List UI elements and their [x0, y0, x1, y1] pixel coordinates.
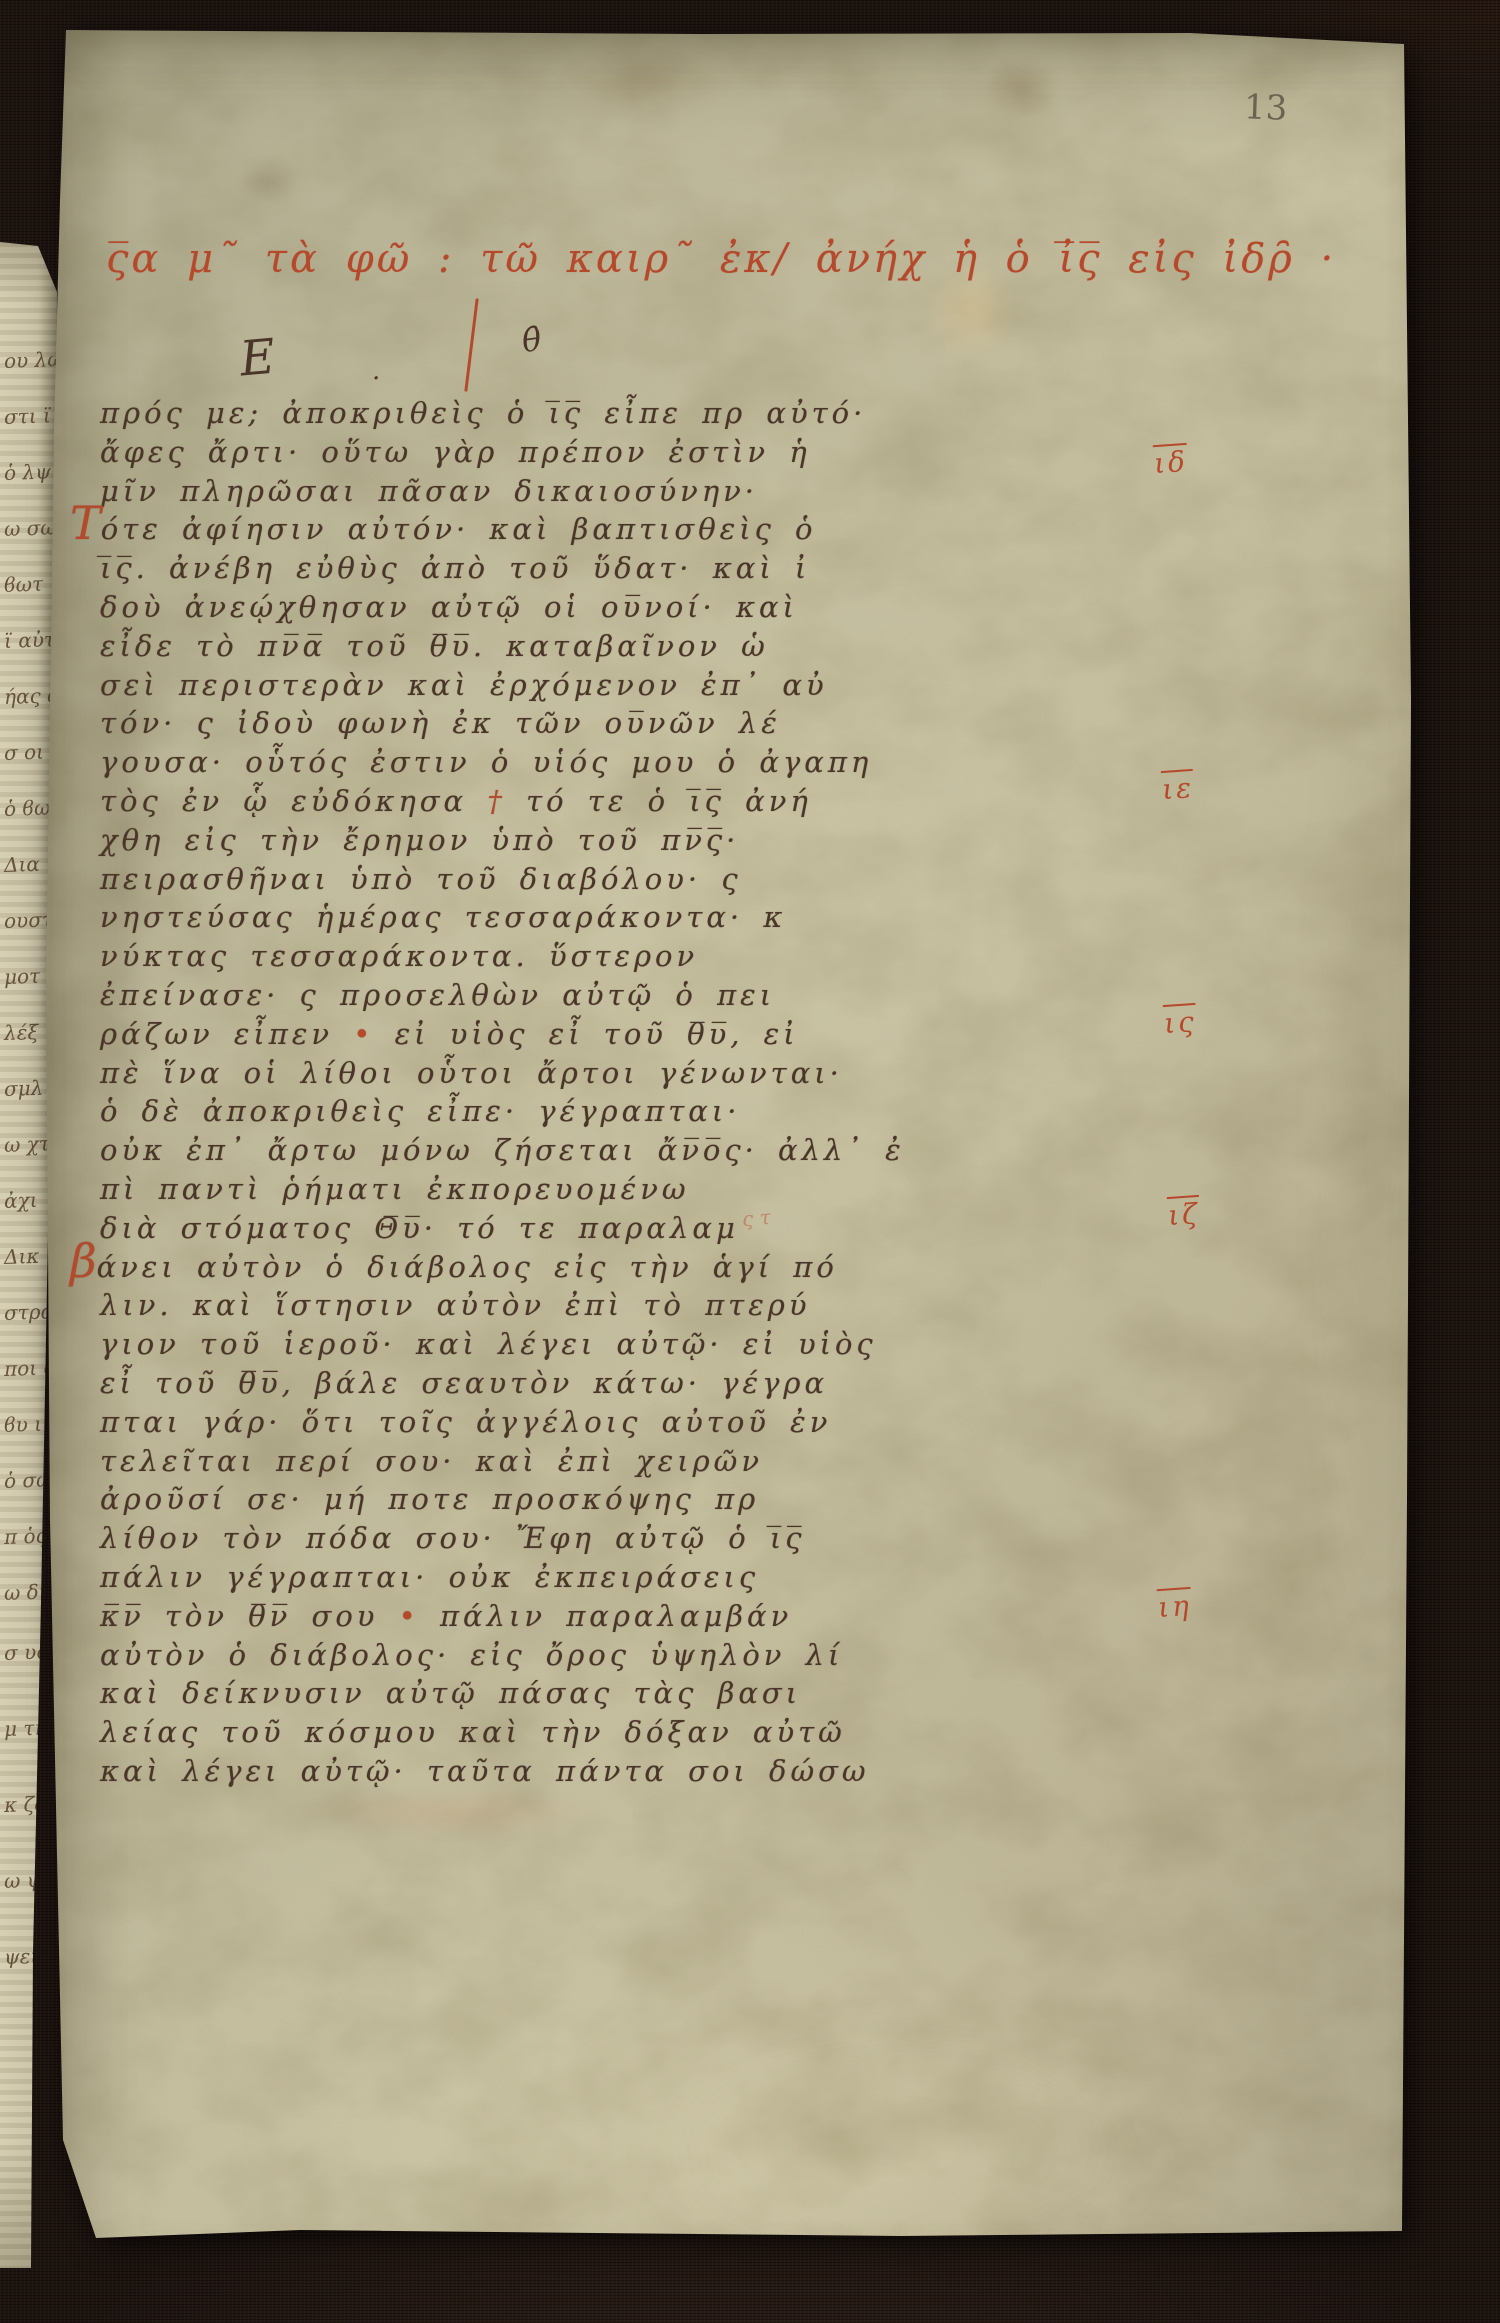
ink-text: ἄφες ἄρτι· οὕτω γὰρ πρέπον ἐστὶν ἡ — [100, 435, 811, 469]
eusebian-section-number: ις — [1163, 1005, 1198, 1040]
text-line: εἶδε τὸ πν̅α̅ τοῦ θ̅υ̅. καταβαῖνον ὡ — [100, 629, 769, 668]
red-mark: • — [333, 1017, 395, 1051]
ink-text: ἐπείνασε· ς προσελθὼν αὐτῷ ὁ πει — [100, 978, 775, 1012]
marginal-mark: ς τ — [741, 1207, 771, 1229]
ink-text: τελεῖται περί σου· καὶ ἐπὶ χειρῶν — [100, 1444, 763, 1478]
text-line: Τότε ἀφίησιν αὐτόν· καὶ βαπτισθεὶς ὁ — [100, 512, 817, 551]
ink-text: λιν. καὶ ἵστησιν αὐτὸν ἐπὶ τὸ πτερύ — [100, 1288, 810, 1322]
text-line: ι̅ς̅. ἀνέβη εὐθὺς ἀπὸ τοῦ ὕδατ· καὶ ἰ — [100, 551, 810, 590]
text-line: ἀροῦσί σε· μή ποτε προσκόψης πρ — [100, 1482, 759, 1521]
text-line: τόν· ς ἰδοὺ φωνὴ ἐκ τῶν ου̅νῶν λέ — [100, 706, 781, 745]
ink-text: εἰ υἱὸς εἶ τοῦ θ̅υ̅, εἰ — [395, 1017, 799, 1051]
marginal-mark: Ε — [238, 333, 277, 384]
text-line: τελεῖται περί σου· καὶ ἐπὶ χειρῶν — [100, 1444, 763, 1483]
ink-text: αὐτὸν ὁ διάβολος· εἰς ὄρος ὑψηλὸν λί — [100, 1638, 843, 1672]
ink-text: πάλιν παραλαμβάν — [440, 1599, 792, 1633]
text-line: βάνει αὐτὸν ὁ διάβολος εἰς τὴν ἁγί πό — [100, 1250, 838, 1289]
marginal-mark: · — [372, 366, 380, 392]
text-line: ράζων εἶπεν • εἰ υἱὸς εἶ τοῦ θ̅υ̅, εἰ — [100, 1017, 799, 1056]
text-line: γουσα· οὗτός ἐστιν ὁ υἱός μου ὁ ἀγαπη — [100, 745, 872, 784]
ink-text: μῖν πληρῶσαι πᾶσαν δικαιοσύνην· — [100, 474, 758, 508]
text-line: πὲ ἵνα οἱ λίθοι οὗτοι ἄρτοι γένωνται· — [100, 1056, 843, 1095]
red-mark: † — [487, 784, 526, 818]
text-line: σεὶ περιστερὰν καὶ ἐρχόμενον ἐπ᾽ αὐ — [100, 668, 828, 707]
page-leaf-wrap: ς̅α μ῀ τὰ φῶ : τῶ καιρ῀ ἐκ/ ἀνήχ ἡ ὁ ἰ̅ς… — [0, 0, 1500, 2323]
eusebian-section-number: ιη — [1157, 1589, 1193, 1624]
ink-text: χθη εἰς τὴν ἔρημον ὑπὸ τοῦ πν̅ς̅· — [100, 823, 739, 857]
ink-text: ράζων εἶπεν — [100, 1017, 333, 1051]
red-mark: • — [399, 1599, 440, 1633]
ink-text: ότε ἀφίησιν αὐτόν· καὶ βαπτισθεὶς ὁ — [101, 512, 817, 546]
text-line: ἄφες ἄρτι· οὕτω γὰρ πρέπον ἐστὶν ἡ — [100, 435, 811, 474]
ink-text: εἶ τοῦ θ̅υ̅, βάλε σεαυτὸν κάτω· γέγρα — [100, 1366, 828, 1400]
ink-text: λείας τοῦ κόσμου καὶ τὴν δόξαν αὐτῶ — [100, 1715, 846, 1749]
ink-text: δοὺ ἀνεῴχθησαν αὐτῷ οἱ ου̅νοί· καὶ — [100, 590, 798, 624]
text-line: πὶ παντὶ ῥήματι ἐκπορευομένω — [100, 1172, 690, 1211]
text-line: πειρασθῆναι ὑπὸ τοῦ διαβόλου· ς — [100, 862, 742, 901]
text-line: δοὺ ἀνεῴχθησαν αὐτῷ οἱ ου̅νοί· καὶ — [100, 590, 798, 629]
ink-text: ι̅ς̅. ἀνέβη εὐθὺς ἀπὸ τοῦ ὕδατ· καὶ ἰ — [100, 551, 810, 585]
text-line: διὰ στόματος Θ̅υ̅· τό τε παραλαμ — [100, 1211, 739, 1250]
ink-text: κ̅ν̅ τὸν θ̅ν̅ σου — [100, 1599, 399, 1633]
text-line: νύκτας τεσσαράκοντα. ὕστερον — [100, 939, 698, 978]
ink-text: διὰ στόματος Θ̅υ̅· τό τε παραλαμ — [100, 1211, 739, 1245]
ink-text: πὲ ἵνα οἱ λίθοι οὗτοι ἄρτοι γένωνται· — [100, 1056, 843, 1090]
ink-text: νύκτας τεσσαράκοντα. ὕστερον — [100, 939, 698, 973]
manuscript-photo: ου λω̑στι ϊὁ λψω σω ἱϐωτϊ αὐτήας ωσ οι ε… — [0, 0, 1500, 2323]
text-line: μῖν πληρῶσαι πᾶσαν δικαιοσύνην· — [100, 474, 758, 513]
text-line: λείας τοῦ κόσμου καὶ τὴν δόξαν αὐτῶ — [100, 1715, 846, 1754]
folio-number: 13 — [1243, 87, 1288, 128]
text-line: πάλιν γέγραπται· οὐκ ἐκπειράσεις — [100, 1560, 759, 1599]
text-line: καὶ δείκνυσιν αὐτῷ πάσας τὰς βασι — [100, 1676, 801, 1715]
ink-text: τὸς ἐν ᾧ εὐδόκησα — [100, 784, 487, 818]
ink-text: ὁ δὲ ἀποκριθεὶς εἶπε· γέγραπται· — [100, 1094, 740, 1128]
lection-rubric: ς̅α μ῀ τὰ φῶ : τῶ καιρ῀ ἐκ/ ἀνήχ ἡ ὁ ἰ̅ς… — [106, 236, 1336, 282]
text-line: ὁ δὲ ἀποκριθεὶς εἶπε· γέγραπται· — [100, 1094, 740, 1133]
ink-text: πρός με; ἀποκριθεὶς ὁ ι̅ς̅ εἶπε πρ αὐτό· — [100, 396, 866, 430]
ink-text: καὶ λέγει αὐτῷ· ταῦτα πάντα σοι δώσω — [100, 1754, 870, 1788]
text-line: ἐπείνασε· ς προσελθὼν αὐτῷ ὁ πει — [100, 978, 775, 1017]
ink-text: καὶ δείκνυσιν αὐτῷ πάσας τὰς βασι — [100, 1676, 801, 1710]
ink-text: γουσα· οὗτός ἐστιν ὁ υἱός μου ὁ ἀγαπη — [100, 745, 872, 779]
ink-text: οὐκ ἐπ᾽ ἄρτω μόνω ζήσεται ἄν̅ο̅ς· ἀλλ᾽ ἐ — [100, 1133, 905, 1167]
red-initial: β — [70, 1234, 97, 1288]
eusebian-section-number: ιζ — [1167, 1197, 1201, 1232]
text-line: λιν. καὶ ἵστησιν αὐτὸν ἐπὶ τὸ πτερύ — [100, 1288, 810, 1327]
ink-text: πάλιν γέγραπται· οὐκ ἐκπειράσεις — [100, 1560, 759, 1594]
text-line: λίθον τὸν πόδα σου· Ἔφη αὐτῷ ὁ ι̅ς̅ — [100, 1521, 806, 1560]
ink-text: πὶ παντὶ ῥήματι ἐκπορευομένω — [100, 1172, 690, 1206]
ink-text: τόν· ς ἰδοὺ φωνὴ ἐκ τῶν ου̅νῶν λέ — [100, 706, 781, 740]
ink-text: πειρασθῆναι ὑπὸ τοῦ διαβόλου· ς — [100, 862, 742, 896]
ink-text: εἶδε τὸ πν̅α̅ τοῦ θ̅υ̅. καταβαῖνον ὡ — [100, 629, 769, 663]
ink-text: τό τε ὁ ι̅ς̅ ἀνή — [526, 784, 812, 818]
text-line: οὐκ ἐπ᾽ ἄρτω μόνω ζήσεται ἄν̅ο̅ς· ἀλλ᾽ ἐ — [100, 1133, 905, 1172]
eusebian-section-number: ιδ — [1153, 445, 1189, 480]
text-line: κ̅ν̅ τὸν θ̅ν̅ σου • πάλιν παραλαμβάν — [100, 1599, 792, 1638]
ink-text: νηστεύσας ἡμέρας τεσσαράκοντα· κ — [100, 900, 786, 934]
ink-text: πται γάρ· ὅτι τοῖς ἀγγέλοις αὐτοῦ ἐν — [100, 1405, 831, 1439]
text-line: γιον τοῦ ἱεροῦ· καὶ λέγει αὐτῷ· εἰ υἱὸς — [100, 1327, 877, 1366]
eusebian-section-number: ιε — [1161, 771, 1195, 806]
ink-text: ἀροῦσί σε· μή ποτε προσκόψης πρ — [100, 1482, 759, 1516]
text-line: νηστεύσας ἡμέρας τεσσαράκοντα· κ — [100, 900, 786, 939]
parchment-page: ς̅α μ῀ τὰ φῶ : τῶ καιρ῀ ἐκ/ ἀνήχ ἡ ὁ ἰ̅ς… — [0, 0, 1500, 2323]
red-initial: Τ — [70, 496, 101, 550]
text-line: πται γάρ· ὅτι τοῖς ἀγγέλοις αὐτοῦ ἐν — [100, 1405, 831, 1444]
ink-text: γιον τοῦ ἱεροῦ· καὶ λέγει αὐτῷ· εἰ υἱὸς — [100, 1327, 877, 1361]
text-line: εἶ τοῦ θ̅υ̅, βάλε σεαυτὸν κάτω· γέγρα — [100, 1366, 828, 1405]
text-line: τὸς ἐν ᾧ εὐδόκησα † τό τε ὁ ι̅ς̅ ἀνή — [100, 784, 812, 823]
ink-text: σεὶ περιστερὰν καὶ ἐρχόμενον ἐπ᾽ αὐ — [100, 668, 828, 702]
ink-text: άνει αὐτὸν ὁ διάβολος εἰς τὴν ἁγί πό — [97, 1250, 838, 1284]
ink-text: λίθον τὸν πόδα σου· Ἔφη αὐτῷ ὁ ι̅ς̅ — [100, 1521, 806, 1555]
text-line: καὶ λέγει αὐτῷ· ταῦτα πάντα σοι δώσω — [100, 1754, 870, 1793]
text-line: πρός με; ἀποκριθεὶς ὁ ι̅ς̅ εἶπε πρ αὐτό· — [100, 396, 866, 435]
text-line: αὐτὸν ὁ διάβολος· εἰς ὄρος ὑψηλὸν λί — [100, 1638, 843, 1677]
text-line: χθη εἰς τὴν ἔρημον ὑπὸ τοῦ πν̅ς̅· — [100, 823, 739, 862]
